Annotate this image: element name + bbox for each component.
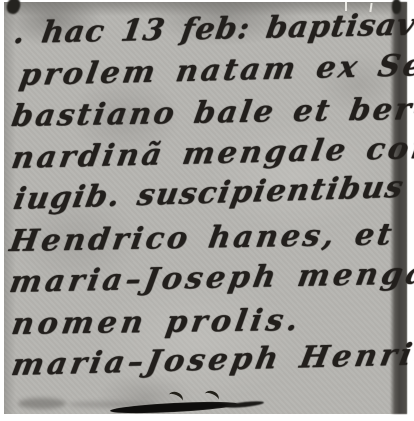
handwritten-entry: . hac 13 feb: baptisavi prolem natam ex … [10, 13, 402, 387]
manuscript-scan: . hac 13 feb: baptisavi prolem natam ex … [4, 2, 407, 414]
paper-smudge [18, 398, 66, 409]
scanned-register-page: . hac 13 feb: baptisavi prolem natam ex … [0, 0, 414, 421]
manuscript-line-7: maria–Joseph mengale [6, 254, 407, 304]
manuscript-line-2: prolem natam ex Se- [16, 45, 407, 96]
ink-stroke-artifact-tail [226, 400, 264, 409]
